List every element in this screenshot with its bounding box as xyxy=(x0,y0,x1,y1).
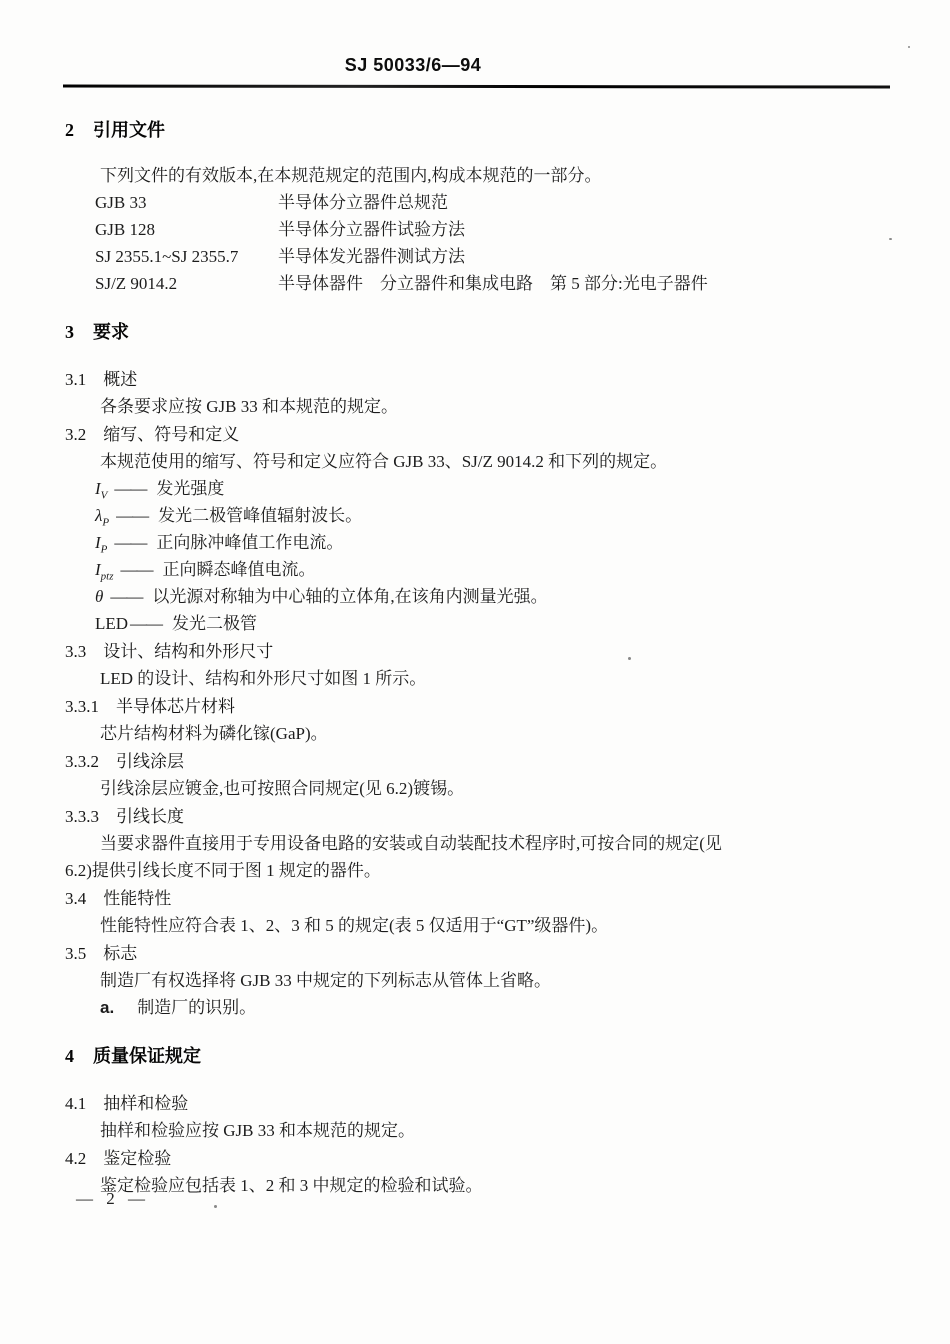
paragraph: 下列文件的有效版本,在本规范规定的范围内,构成本规范的一部分。 xyxy=(65,162,893,189)
list-item: a.制造厂的识别。 xyxy=(65,994,893,1021)
symbol: Iptz xyxy=(95,560,114,579)
paragraph: 本规范使用的缩写、符号和定义应符合 GJB 33、SJ/Z 9014.2 和下列… xyxy=(65,448,893,475)
heading-title: 缩写、符号和定义 xyxy=(103,425,239,444)
header-rule xyxy=(63,84,890,88)
reference-code: SJ 2355.1~SJ 2355.7 xyxy=(95,243,278,270)
document-page: SJ 50033/6—94 2引用文件下列文件的有效版本,在本规范规定的范围内,… xyxy=(0,0,950,1344)
reference-row: GJB 128半导体分立器件试验方法 xyxy=(65,216,893,243)
definition-dash: —— xyxy=(107,533,156,552)
symbol: λP xyxy=(95,506,109,525)
paragraph: 鉴定检验应包括表 1、2 和 3 中规定的检验和试验。 xyxy=(65,1172,893,1199)
symbol: LED xyxy=(95,614,128,633)
reference-description: 半导体发光器件测试方法 xyxy=(278,243,893,270)
heading-title: 引线长度 xyxy=(116,807,184,826)
heading-number: 3 xyxy=(65,322,74,342)
page-number: — 2 — xyxy=(76,1189,145,1209)
definition-dash: —— xyxy=(107,479,156,498)
heading-number: 3.3.2 xyxy=(65,752,99,771)
heading-title: 设计、结构和外形尺寸 xyxy=(103,642,273,661)
reference-code: GJB 33 xyxy=(95,189,278,216)
document-body: 2引用文件下列文件的有效版本,在本规范规定的范围内,构成本规范的一部分。GJB … xyxy=(65,112,893,1199)
definition-text: 以光源对称轴为中心轴的立体角,在该角内测量光强。 xyxy=(152,587,547,606)
reference-description: 半导体分立器件总规范 xyxy=(278,189,893,216)
definition-dash: —— xyxy=(103,587,152,606)
chapter-heading: 3要求 xyxy=(65,319,893,346)
reference-row: GJB 33半导体分立器件总规范 xyxy=(65,189,893,216)
chapter-heading: 2引用文件 xyxy=(65,117,893,144)
heading-number: 4.1 xyxy=(65,1094,86,1113)
clause-heading: 3.3.2引线涂层 xyxy=(65,748,893,775)
definition-text: 正向脉冲峰值工作电流。 xyxy=(156,533,343,552)
scan-speckle xyxy=(908,46,910,48)
heading-title: 性能特性 xyxy=(103,889,171,908)
list-text: 制造厂的识别。 xyxy=(137,998,256,1017)
paragraph: 抽样和检验应按 GJB 33 和本规范的规定。 xyxy=(65,1117,893,1144)
paragraph: 性能特性应符合表 1、2、3 和 5 的规定(表 5 仅适用于“GT”级器件)。 xyxy=(65,912,893,939)
definition-dash: —— xyxy=(114,560,163,579)
heading-title: 抽样和检验 xyxy=(103,1094,188,1113)
paragraph: 各条要求应按 GJB 33 和本规范的规定。 xyxy=(65,393,893,420)
chapter-heading: 4质量保证规定 xyxy=(65,1043,893,1070)
heading-number: 3.4 xyxy=(65,889,86,908)
reference-code: SJ/Z 9014.2 xyxy=(95,270,278,297)
reference-code: GJB 128 xyxy=(95,216,278,243)
clause-heading: 4.2鉴定检验 xyxy=(65,1145,893,1172)
heading-title: 引用文件 xyxy=(93,120,165,140)
reference-row: SJ/Z 9014.2半导体器件 分立器件和集成电路 第 5 部分:光电子器件 xyxy=(65,270,893,297)
paragraph: 6.2)提供引线长度不同于图 1 规定的器件。 xyxy=(65,857,893,884)
symbol-definition: IP——正向脉冲峰值工作电流。 xyxy=(65,529,893,556)
definition-dash: —— xyxy=(109,506,158,525)
paragraph: 制造厂有权选择将 GJB 33 中规定的下列标志从管体上省略。 xyxy=(65,967,893,994)
heading-title: 概述 xyxy=(103,370,137,389)
scan-speckle xyxy=(214,1205,217,1208)
heading-number: 4.2 xyxy=(65,1149,86,1168)
clause-heading: 3.5标志 xyxy=(65,940,893,967)
heading-title: 鉴定检验 xyxy=(103,1149,171,1168)
paragraph: LED 的设计、结构和外形尺寸如图 1 所示。 xyxy=(65,665,893,692)
clause-heading: 3.1概述 xyxy=(65,366,893,393)
definition-text: 发光二极管峰值辐射波长。 xyxy=(158,506,362,525)
symbol-definition: λP——发光二极管峰值辐射波长。 xyxy=(65,502,893,529)
definition-text: 发光强度 xyxy=(156,479,224,498)
definition-text: 正向瞬态峰值电流。 xyxy=(163,560,316,579)
heading-number: 3.3.3 xyxy=(65,807,99,826)
page-header: SJ 50033/6—94 xyxy=(0,55,950,76)
heading-number: 3.1 xyxy=(65,370,86,389)
clause-heading: 3.3.1半导体芯片材料 xyxy=(65,693,893,720)
heading-title: 标志 xyxy=(103,944,137,963)
heading-number: 4 xyxy=(65,1046,74,1066)
definition-dash: —— xyxy=(128,614,172,633)
clause-heading: 4.1抽样和检验 xyxy=(65,1090,893,1117)
heading-title: 半导体芯片材料 xyxy=(116,697,235,716)
symbol-definition: IV——发光强度 xyxy=(65,475,893,502)
heading-number: 3.3.1 xyxy=(65,697,99,716)
scan-speckle xyxy=(889,238,892,240)
symbol-definition: Iptz——正向瞬态峰值电流。 xyxy=(65,556,893,583)
reference-description: 半导体器件 分立器件和集成电路 第 5 部分:光电子器件 xyxy=(278,270,893,297)
paragraph: 引线涂层应镀金,也可按照合同规定(见 6.2)镀锡。 xyxy=(65,775,893,802)
heading-number: 3.2 xyxy=(65,425,86,444)
scan-speckle xyxy=(628,657,631,660)
clause-heading: 3.3设计、结构和外形尺寸 xyxy=(65,638,893,665)
clause-heading: 3.3.3引线长度 xyxy=(65,803,893,830)
heading-title: 引线涂层 xyxy=(116,752,184,771)
symbol-definition: θ——以光源对称轴为中心轴的立体角,在该角内测量光强。 xyxy=(65,583,893,610)
heading-number: 3.3 xyxy=(65,642,86,661)
clause-heading: 3.4性能特性 xyxy=(65,885,893,912)
paragraph: 芯片结构材料为磷化镓(GaP)。 xyxy=(65,720,893,747)
heading-title: 质量保证规定 xyxy=(93,1046,201,1066)
heading-number: 3.5 xyxy=(65,944,86,963)
symbol-definition: LED——发光二极管 xyxy=(65,610,893,637)
list-label: a. xyxy=(100,998,114,1017)
heading-number: 2 xyxy=(65,120,74,140)
definition-text: 发光二极管 xyxy=(172,614,257,633)
reference-row: SJ 2355.1~SJ 2355.7半导体发光器件测试方法 xyxy=(65,243,893,270)
symbol: IP xyxy=(95,533,107,552)
document-number: SJ 50033/6—94 xyxy=(345,55,482,76)
reference-description: 半导体分立器件试验方法 xyxy=(278,216,893,243)
heading-title: 要求 xyxy=(93,322,129,342)
symbol: IV xyxy=(95,479,107,498)
paragraph: 当要求器件直接用于专用设备电路的安装或自动装配技术程序时,可按合同的规定(见 xyxy=(65,830,893,857)
symbol-subscript: ptz xyxy=(101,570,114,582)
clause-heading: 3.2缩写、符号和定义 xyxy=(65,421,893,448)
